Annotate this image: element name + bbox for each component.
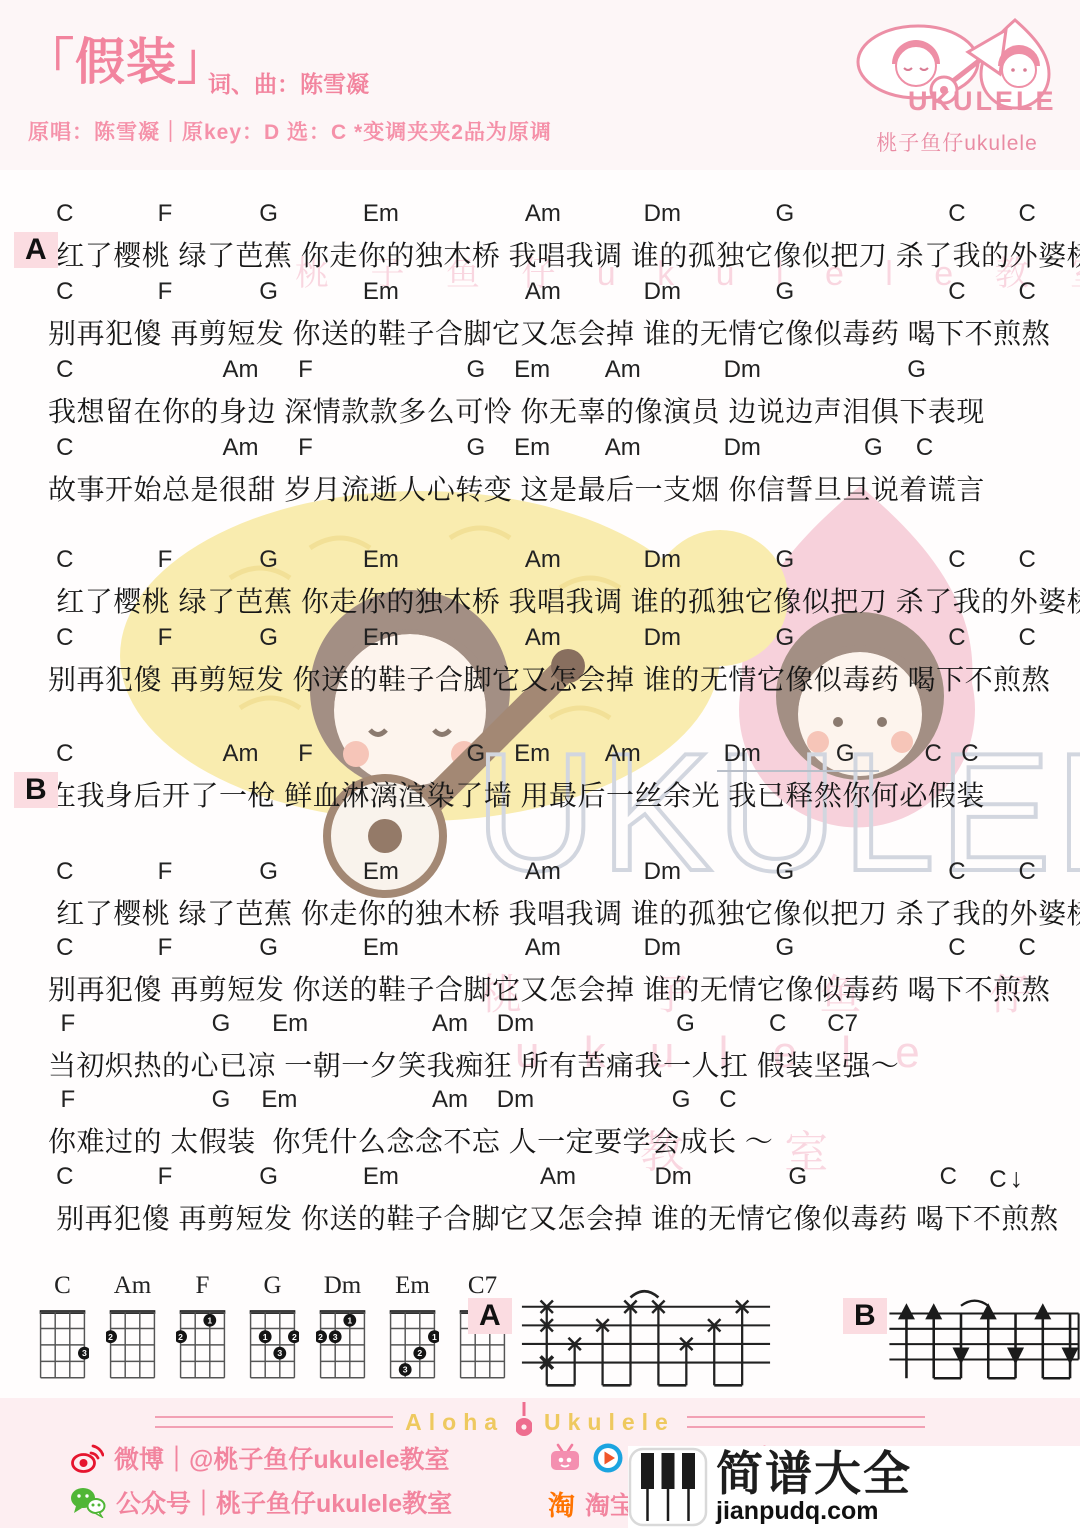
wechat-icon — [70, 1486, 106, 1518]
chord-symbol: F — [158, 1163, 173, 1191]
svg-text:1: 1 — [263, 1332, 268, 1342]
strum-pattern-b — [886, 1284, 1080, 1406]
chord-symbol: G — [259, 858, 278, 886]
chord-row: CFGEmAmDmGCC — [0, 200, 1080, 234]
chord-symbol: C — [948, 858, 965, 886]
chord-grid-icon: 231 — [316, 1302, 369, 1386]
chord-symbol: C — [56, 740, 73, 768]
svg-text:3: 3 — [82, 1348, 87, 1358]
chord-symbol: Dm — [497, 1010, 534, 1038]
chord-symbol: G — [212, 1086, 231, 1114]
chord-row: CFGEmAmDmGCC — [0, 546, 1080, 580]
chord-symbol: G — [467, 356, 486, 384]
chord-row: CFGEmAmDmGCC↓ — [0, 1163, 1080, 1197]
chord-symbol: G — [775, 934, 794, 962]
chord-symbol: Am — [432, 1010, 468, 1038]
aloha-divider: Aloha Ukulele — [0, 1402, 1080, 1442]
chord-symbol: Em — [514, 434, 550, 462]
chord-row: FGEmAmDmGCC7 — [0, 1010, 1080, 1044]
picking-pattern-a — [512, 1284, 780, 1406]
chord-symbol: F — [298, 740, 313, 768]
chord-symbol: Em — [363, 858, 399, 886]
chord-symbol: Dm — [644, 200, 681, 228]
chord-symbol: Em — [363, 624, 399, 652]
chord-symbol: Am — [222, 356, 258, 384]
divider-line-left — [155, 1416, 393, 1428]
song-line: CFGEmAmDmGCC别再犯傻 再剪短发 你送的鞋子合脚它又怎会掉 谁的无情它… — [0, 278, 1080, 356]
chord-symbol: G — [259, 200, 278, 228]
svg-text:1: 1 — [207, 1315, 212, 1325]
chord-symbol: C↓ — [989, 1163, 1023, 1194]
site-name: 简谱大全 — [716, 1450, 912, 1497]
chord-symbol: Em — [363, 1163, 399, 1191]
chord-diagram-name: G — [246, 1272, 299, 1302]
strum-down-arrow: ↓ — [1010, 1163, 1024, 1193]
chord-symbol: Am — [222, 740, 258, 768]
chord-symbol: G — [775, 278, 794, 306]
chord-grid-icon: 12 — [176, 1302, 229, 1386]
song-line: CFGEmAmDmGCC 红了樱桃 绿了芭蕉 你走你的独木桥 我唱我调 谁的孤独… — [0, 200, 1080, 278]
song-line: CFGEmAmDmGCC别再犯傻 再剪短发 你送的鞋子合脚它又怎会掉 谁的无情它… — [0, 934, 1080, 1012]
aloha-word: Aloha — [405, 1409, 504, 1436]
chord-row: CAmFGEmAmDmG — [0, 356, 1080, 390]
song-line: CAmFGEmAmDmG我想留在你的身边 深情款款多么可怜 你无辜的像演员 边说… — [0, 356, 1080, 434]
chord-symbol: F — [158, 624, 173, 652]
chord-symbol: G — [259, 934, 278, 962]
lyric-line: 我想留在你的身边 深情款款多么可怜 你无辜的像演员 边说边声泪俱下表现 — [0, 390, 1080, 430]
chord-diagram-C: C3 — [36, 1272, 89, 1391]
song-line: FGEmAmDmGCC7当初炽热的心已凉 一朝一夕笑我痴狂 所有苦痛我一人扛 假… — [0, 1010, 1080, 1088]
pattern-b-label: B — [843, 1298, 887, 1334]
chord-grid-icon: 123 — [386, 1302, 439, 1386]
chord-row: FGEmAmDmGC — [0, 1086, 1080, 1120]
footer-item-wechat: 公众号｜桃子鱼仔ukulele教室 — [70, 1484, 452, 1520]
chord-symbol: Em — [363, 546, 399, 574]
svg-text:1: 1 — [432, 1332, 437, 1342]
chord-symbol: G — [907, 356, 926, 384]
chord-symbol: F — [158, 934, 173, 962]
lyric-line: 红了樱桃 绿了芭蕉 你走你的独木桥 我唱我调 谁的孤独它像似把刀 杀了我的外婆桥 — [0, 234, 1080, 274]
lyric-line: 红了樱桃 绿了芭蕉 你走你的独木桥 我唱我调 谁的孤独它像似把刀 杀了我的外婆桥 — [0, 580, 1080, 620]
chord-symbol: Dm — [724, 434, 761, 462]
svg-text:3: 3 — [277, 1348, 282, 1358]
song-line: CFGEmAmDmGCC别再犯傻 再剪短发 你送的鞋子合脚它又怎会掉 谁的无情它… — [0, 624, 1080, 702]
youku-play-icon — [592, 1442, 624, 1474]
chord-symbol: C — [1018, 934, 1035, 962]
chord-symbol: Dm — [644, 858, 681, 886]
chord-symbol: Dm — [644, 546, 681, 574]
divider-line-right — [687, 1416, 925, 1428]
chord-symbol: F — [158, 546, 173, 574]
chord-grid-icon: 3 — [36, 1302, 89, 1386]
svg-text:3: 3 — [333, 1332, 338, 1342]
chord-symbol: C — [1018, 200, 1035, 228]
chord-symbol: G — [467, 434, 486, 462]
chord-symbol: C — [56, 624, 73, 652]
chord-symbol: F — [298, 434, 313, 462]
song-line: CFGEmAmDmGCC 红了樱桃 绿了芭蕉 你走你的独木桥 我唱我调 谁的孤独… — [0, 858, 1080, 936]
chord-grid-icon: 2 — [106, 1302, 159, 1386]
svg-text:3: 3 — [403, 1365, 408, 1375]
footer-item-weibo: 微博｜@桃子鱼仔ukulele教室 — [70, 1440, 450, 1476]
chord-symbol: G — [836, 740, 855, 768]
chord-symbol: C — [916, 434, 933, 462]
chord-symbol: G — [864, 434, 883, 462]
lyric-line: 别再犯傻 再剪短发 你送的鞋子合脚它又怎会掉 谁的无情它像似毒药 喝下不煎熬 — [0, 1197, 1080, 1237]
chord-grid-icon: 123 — [246, 1302, 299, 1386]
chord-symbol: G — [467, 740, 486, 768]
chord-symbol: Dm — [724, 356, 761, 384]
song-line: FGEmAmDmGC你难过的 太假装 你凭什么念念不忘 人一定要学会成长 ～ — [0, 1086, 1080, 1164]
chord-symbol: Am — [605, 740, 641, 768]
chord-diagram-Am: Am2 — [106, 1272, 159, 1391]
chord-symbol: C — [56, 1163, 73, 1191]
chord-symbol: Dm — [644, 278, 681, 306]
footer-item-text: 公众号｜桃子鱼仔ukulele教室 — [116, 1484, 452, 1520]
chord-symbol: C — [719, 1086, 736, 1114]
chord-symbol: Dm — [644, 624, 681, 652]
site-url: jianpudq.com — [716, 1499, 912, 1524]
chord-diagram-name: F — [176, 1272, 229, 1302]
chord-symbol: Em — [272, 1010, 308, 1038]
song-line: CFGEmAmDmGCC 红了樱桃 绿了芭蕉 你走你的独木桥 我唱我调 谁的孤独… — [0, 546, 1080, 624]
chord-symbol: C — [948, 546, 965, 574]
lyric-line: 别再犯傻 再剪短发 你送的鞋子合脚它又怎会掉 谁的无情它像似毒药 喝下不煎熬 — [0, 312, 1080, 352]
chord-underline — [717, 770, 879, 772]
site-badge-text: 简谱大全 jianpudq.com — [716, 1450, 912, 1524]
chord-symbol: Dm — [654, 1163, 691, 1191]
chord-symbol: Am — [525, 546, 561, 574]
piano-icon — [628, 1447, 708, 1527]
chord-symbol: C — [56, 200, 73, 228]
chord-symbol: Em — [261, 1086, 297, 1114]
chord-symbol: G — [259, 278, 278, 306]
lyric-line: 别再犯傻 再剪短发 你送的鞋子合脚它又怎会掉 谁的无情它像似毒药 喝下不煎熬 — [0, 658, 1080, 698]
chord-symbol: C — [56, 434, 73, 462]
chord-symbol: C — [1018, 624, 1035, 652]
chord-diagram-name: Em — [386, 1272, 439, 1302]
chord-symbol: G — [212, 1010, 231, 1038]
svg-text:2: 2 — [178, 1332, 183, 1342]
chord-symbol: G — [775, 624, 794, 652]
chord-diagram-Em: Em123 — [386, 1272, 439, 1391]
chord-symbol: C — [769, 1010, 786, 1038]
chord-symbol: Em — [514, 356, 550, 384]
bilibili-icon — [548, 1443, 582, 1473]
chord-symbol: C7 — [827, 1010, 858, 1038]
chord-row: CAmFGEmAmDmGCC — [0, 740, 1080, 774]
chord-symbol: C — [56, 546, 73, 574]
chord-symbol: Dm — [497, 1086, 534, 1114]
chord-symbol: G — [676, 1010, 695, 1038]
chord-diagram-name: Am — [106, 1272, 159, 1302]
lyric-line: 在我身后开了一枪 鲜血淋漓渲染了墙 用最后一丝余光 我已释然你何必假装 — [0, 774, 1080, 814]
chord-symbol: G — [775, 200, 794, 228]
lyric-line: 红了樱桃 绿了芭蕉 你走你的独木桥 我唱我调 谁的孤独它像似把刀 杀了我的外婆桥 — [0, 892, 1080, 932]
weibo-icon — [70, 1442, 104, 1474]
chord-symbol: G — [259, 1163, 278, 1191]
chord-symbol: Dm — [724, 740, 761, 768]
chord-diagram-name: C — [36, 1272, 89, 1302]
chord-symbol: C — [56, 934, 73, 962]
footer-item-text: 微博｜@桃子鱼仔ukulele教室 — [114, 1440, 450, 1476]
chord-symbol: G — [775, 858, 794, 886]
svg-text:2: 2 — [292, 1332, 297, 1342]
svg-text:2: 2 — [417, 1348, 422, 1358]
chord-row: CFGEmAmDmGCC — [0, 934, 1080, 968]
chord-row: CAmFGEmAmDmGC — [0, 434, 1080, 468]
chord-symbol: G — [672, 1086, 691, 1114]
chord-symbol: C — [940, 1163, 957, 1191]
chord-symbol: F — [298, 356, 313, 384]
site-badge: 简谱大全 jianpudq.com — [628, 1446, 1080, 1528]
chord-symbol: G — [259, 546, 278, 574]
svg-text:2: 2 — [108, 1332, 113, 1342]
chord-diagram-G: G123 — [246, 1272, 299, 1391]
chord-diagram-row: C3Am2F12G123Dm231Em123C71 — [36, 1272, 509, 1391]
chord-symbol: F — [158, 278, 173, 306]
lyric-line: 别再犯傻 再剪短发 你送的鞋子合脚它又怎会掉 谁的无情它像似毒药 喝下不煎熬 — [0, 968, 1080, 1008]
chord-diagram-F: F12 — [176, 1272, 229, 1391]
chord-row: CFGEmAmDmGCC — [0, 278, 1080, 312]
chord-symbol: G — [788, 1163, 807, 1191]
chord-symbol: Em — [514, 740, 550, 768]
lyric-line: 故事开始总是很甜 岁月流逝人心转变 这是最后一支烟 你信誓旦旦说着谎言 — [0, 468, 1080, 508]
chord-symbol: Am — [605, 356, 641, 384]
ukulele-icon — [516, 1402, 532, 1442]
chord-symbol: C — [948, 278, 965, 306]
lyric-line: 你难过的 太假装 你凭什么念念不忘 人一定要学会成长 ～ — [0, 1120, 1080, 1160]
chord-symbol: Dm — [644, 934, 681, 962]
svg-text:1: 1 — [347, 1315, 352, 1325]
section-label-A: A — [14, 232, 58, 268]
song-line: CFGEmAmDmGCC↓ 别再犯傻 再剪短发 你送的鞋子合脚它又怎会掉 谁的无… — [0, 1163, 1080, 1241]
ukulele-word: Ukulele — [544, 1409, 675, 1436]
chord-row: CFGEmAmDmGCC — [0, 624, 1080, 658]
pattern-a-label: A — [468, 1298, 512, 1334]
chord-symbol: C — [948, 934, 965, 962]
chord-symbol: Em — [363, 278, 399, 306]
chord-symbol: C — [948, 624, 965, 652]
chord-diagram-Dm: Dm231 — [316, 1272, 369, 1391]
chord-symbol: C — [948, 200, 965, 228]
chord-symbol: C — [1018, 858, 1035, 886]
song-line: CAmFGEmAmDmGCC在我身后开了一枪 鲜血淋漓渲染了墙 用最后一丝余光 … — [0, 740, 1080, 818]
chord-symbol: C — [924, 740, 941, 768]
chord-symbol: Am — [525, 858, 561, 886]
chord-symbol: Am — [222, 434, 258, 462]
chord-symbol: G — [775, 546, 794, 574]
chord-symbol: C — [56, 278, 73, 306]
chord-symbol: Am — [432, 1086, 468, 1114]
taobao-icon: 淘 — [548, 1484, 575, 1523]
chord-sheet-page: 「假装」 词、曲：陈雪凝 原唱：陈雪凝｜原key：D 选：C *变调夹夹2品为原… — [0, 0, 1080, 1528]
chord-symbol: F — [60, 1010, 75, 1038]
chord-symbol: Em — [363, 200, 399, 228]
chord-diagram-name: Dm — [316, 1272, 369, 1302]
chord-symbol: G — [259, 624, 278, 652]
chord-symbol: Am — [525, 934, 561, 962]
section-label-B: B — [14, 772, 58, 808]
chord-symbol: Am — [525, 200, 561, 228]
chord-symbol: C — [56, 356, 73, 384]
chord-symbol: Am — [525, 278, 561, 306]
chord-symbol: F — [60, 1086, 75, 1114]
chord-lines: CFGEmAmDmGCC 红了樱桃 绿了芭蕉 你走你的独木桥 我唱我调 谁的孤独… — [0, 0, 1080, 1270]
chord-symbol: Am — [525, 624, 561, 652]
chord-symbol: Em — [363, 934, 399, 962]
song-line: CAmFGEmAmDmGC故事开始总是很甜 岁月流逝人心转变 这是最后一支烟 你… — [0, 434, 1080, 512]
chord-row: CFGEmAmDmGCC — [0, 858, 1080, 892]
chord-symbol: Am — [605, 434, 641, 462]
chord-symbol: Am — [540, 1163, 576, 1191]
chord-symbol: C — [1018, 546, 1035, 574]
chord-symbol: C — [1018, 278, 1035, 306]
chord-symbol: F — [158, 858, 173, 886]
chord-symbol: F — [158, 200, 173, 228]
chord-symbol: C — [961, 740, 978, 768]
svg-text:2: 2 — [318, 1332, 323, 1342]
lyric-line: 当初炽热的心已凉 一朝一夕笑我痴狂 所有苦痛我一人扛 假装坚强～ — [0, 1044, 1080, 1084]
chord-symbol: C — [56, 858, 73, 886]
